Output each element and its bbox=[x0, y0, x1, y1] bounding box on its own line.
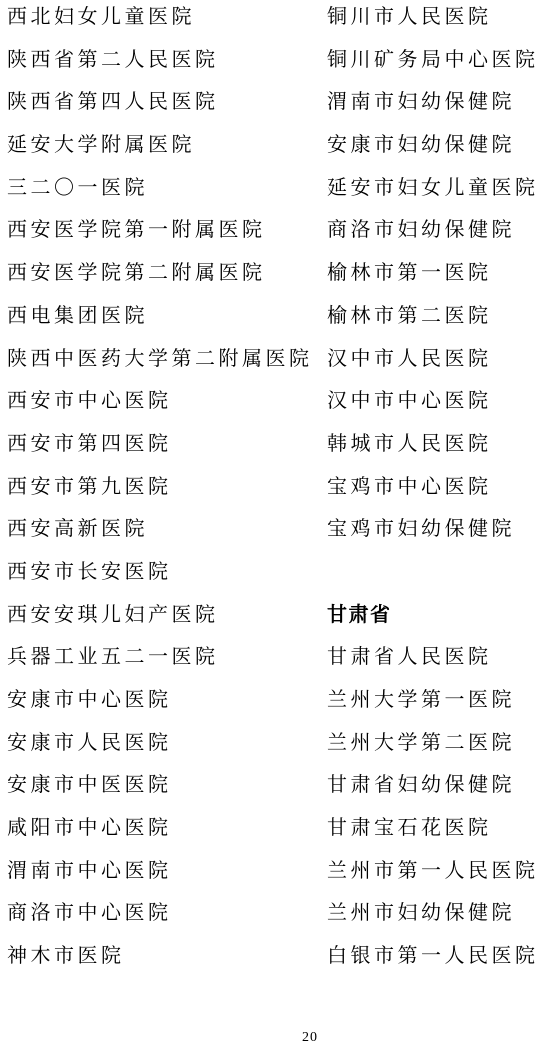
hospital-name: 西北妇女儿童医院 bbox=[7, 4, 195, 30]
hospital-name: 三二〇一医院 bbox=[7, 175, 148, 201]
hospital-name: 甘肃省妇幼保健院 bbox=[327, 772, 515, 798]
list-row: 西安市中心医院 汉中市中心医院 bbox=[0, 388, 536, 431]
hospital-name: 西电集团医院 bbox=[7, 303, 148, 329]
hospital-name: 白银市第一人民医院 bbox=[327, 943, 536, 969]
hospital-name: 咸阳市中心医院 bbox=[7, 815, 172, 841]
hospital-name: 宝鸡市中心医院 bbox=[327, 474, 492, 500]
list-row: 兵器工业五二一医院 甘肃省人民医院 bbox=[0, 644, 536, 687]
hospital-name: 渭南市妇幼保健院 bbox=[327, 89, 515, 115]
list-row: 西安市第九医院 宝鸡市中心医院 bbox=[0, 474, 536, 517]
hospital-name: 商洛市中心医院 bbox=[7, 900, 172, 926]
list-row: 西安医学院第一附属医院 商洛市妇幼保健院 bbox=[0, 217, 536, 260]
list-row: 安康市人民医院 兰州大学第二医院 bbox=[0, 730, 536, 773]
hospital-name: 兵器工业五二一医院 bbox=[7, 644, 219, 670]
hospital-name: 西安医学院第二附属医院 bbox=[7, 260, 266, 286]
hospital-name: 西安市第九医院 bbox=[7, 474, 172, 500]
list-row: 陕西中医药大学第二附属医院 汉中市人民医院 bbox=[0, 346, 536, 389]
list-row: 陕西省第二人民医院 铜川矿务局中心医院 bbox=[0, 47, 536, 90]
page-number: 20 bbox=[302, 1030, 318, 1046]
list-row: 安康市中医医院 甘肃省妇幼保健院 bbox=[0, 772, 536, 815]
hospital-name: 兰州大学第一医院 bbox=[327, 687, 515, 713]
hospital-list: 西北妇女儿童医院 铜川市人民医院 陕西省第二人民医院 铜川矿务局中心医院 陕西省… bbox=[0, 4, 536, 986]
hospital-name: 兰州市妇幼保健院 bbox=[327, 900, 515, 926]
list-row: 西安安琪儿妇产医院 甘肃省 bbox=[0, 602, 536, 645]
list-row: 西北妇女儿童医院 铜川市人民医院 bbox=[0, 4, 536, 47]
hospital-name: 铜川市人民医院 bbox=[327, 4, 492, 30]
hospital-name: 西安市中心医院 bbox=[7, 388, 172, 414]
hospital-name: 延安大学附属医院 bbox=[7, 132, 195, 158]
hospital-name: 渭南市中心医院 bbox=[7, 858, 172, 884]
document-page: 西北妇女儿童医院 铜川市人民医院 陕西省第二人民医院 铜川矿务局中心医院 陕西省… bbox=[0, 0, 536, 1056]
hospital-name: 铜川矿务局中心医院 bbox=[327, 47, 536, 73]
hospital-name: 榆林市第二医院 bbox=[327, 303, 492, 329]
list-row: 三二〇一医院 延安市妇女儿童医院 bbox=[0, 175, 536, 218]
hospital-name: 西安医学院第一附属医院 bbox=[7, 217, 266, 243]
hospital-name: 甘肃宝石花医院 bbox=[327, 815, 492, 841]
hospital-name: 宝鸡市妇幼保健院 bbox=[327, 516, 515, 542]
province-section-header: 甘肃省 bbox=[327, 602, 392, 628]
list-row: 商洛市中心医院 兰州市妇幼保健院 bbox=[0, 900, 536, 943]
list-row: 西安市第四医院 韩城市人民医院 bbox=[0, 431, 536, 474]
hospital-name: 商洛市妇幼保健院 bbox=[327, 217, 515, 243]
list-row: 神木市医院 白银市第一人民医院 bbox=[0, 943, 536, 986]
list-row: 西安医学院第二附属医院 榆林市第一医院 bbox=[0, 260, 536, 303]
hospital-name: 榆林市第一医院 bbox=[327, 260, 492, 286]
hospital-name: 甘肃省人民医院 bbox=[327, 644, 492, 670]
hospital-name: 西安市长安医院 bbox=[7, 559, 172, 585]
list-row: 咸阳市中心医院 甘肃宝石花医院 bbox=[0, 815, 536, 858]
hospital-name: 神木市医院 bbox=[7, 943, 125, 969]
list-row: 西安市长安医院 bbox=[0, 559, 536, 602]
hospital-name: 安康市中心医院 bbox=[7, 687, 172, 713]
hospital-name: 汉中市中心医院 bbox=[327, 388, 492, 414]
hospital-name: 汉中市人民医院 bbox=[327, 346, 492, 372]
hospital-name: 安康市人民医院 bbox=[7, 730, 172, 756]
list-row: 西安高新医院 宝鸡市妇幼保健院 bbox=[0, 516, 536, 559]
list-row: 延安大学附属医院 安康市妇幼保健院 bbox=[0, 132, 536, 175]
hospital-name: 安康市中医医院 bbox=[7, 772, 172, 798]
list-row: 安康市中心医院 兰州大学第一医院 bbox=[0, 687, 536, 730]
hospital-name: 安康市妇幼保健院 bbox=[327, 132, 515, 158]
list-row: 西电集团医院 榆林市第二医院 bbox=[0, 303, 536, 346]
hospital-name: 西安高新医院 bbox=[7, 516, 148, 542]
hospital-name: 韩城市人民医院 bbox=[327, 431, 492, 457]
hospital-name: 延安市妇女儿童医院 bbox=[327, 175, 536, 201]
hospital-name: 兰州市第一人民医院 bbox=[327, 858, 536, 884]
hospital-name: 陕西中医药大学第二附属医院 bbox=[7, 346, 313, 372]
hospital-name: 陕西省第四人民医院 bbox=[7, 89, 219, 115]
hospital-name: 兰州大学第二医院 bbox=[327, 730, 515, 756]
hospital-name: 西安市第四医院 bbox=[7, 431, 172, 457]
hospital-name: 西安安琪儿妇产医院 bbox=[7, 602, 219, 628]
hospital-name: 陕西省第二人民医院 bbox=[7, 47, 219, 73]
list-row: 渭南市中心医院 兰州市第一人民医院 bbox=[0, 858, 536, 901]
list-row: 陕西省第四人民医院 渭南市妇幼保健院 bbox=[0, 89, 536, 132]
